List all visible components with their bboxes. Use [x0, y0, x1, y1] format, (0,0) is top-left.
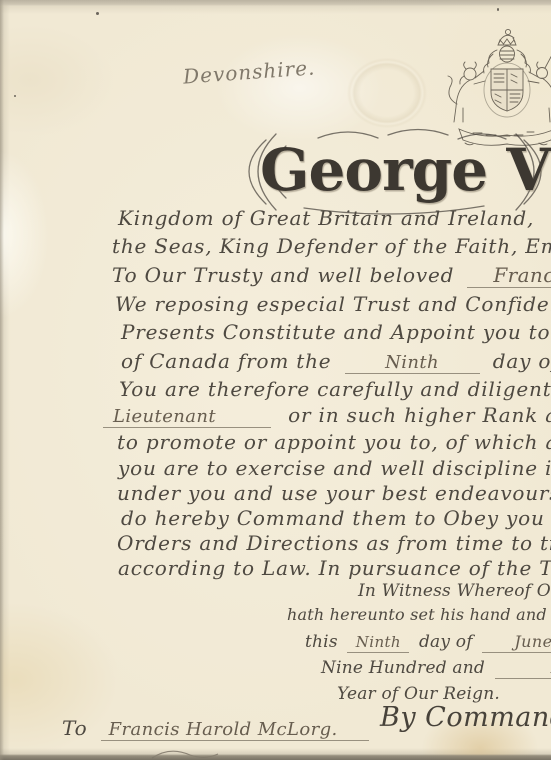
- fill-in-blank: Lieutenant: [103, 403, 271, 428]
- body-line-recipient: To Our Trusty and well beloved Francis H: [112, 263, 551, 288]
- fill-in-blank: Ninth: [345, 349, 480, 374]
- witness-line: hath hereunto set his hand and Seal: [287, 605, 551, 624]
- royal-title: George V: [260, 136, 550, 204]
- handwritten-day: Ninth: [356, 633, 401, 651]
- witness-line: In Witness Whereof Our: [358, 581, 551, 601]
- body-line: do hereby Command them to Obey you as th…: [121, 506, 551, 530]
- body-line: the Seas, King Defender of the Faith, Em…: [112, 234, 551, 258]
- body-line: You are therefore carefully and diligent…: [119, 377, 551, 401]
- body-line: under you and use your best endeavours t…: [117, 481, 551, 505]
- printed-text: of Canada from the: [121, 349, 331, 373]
- scan-edge-bottom: [0, 754, 551, 760]
- paper-speck: [14, 95, 16, 97]
- body-line: Kingdom of Great Britain and Ireland,: [118, 206, 534, 230]
- printed-text: this: [305, 632, 338, 652]
- body-line: We reposing especial Trust and Confidenc…: [115, 292, 551, 316]
- printed-text: or in such higher Rank as: [288, 403, 551, 427]
- scan-edge-left: [0, 0, 4, 760]
- body-line-rank: Lieutenant or in such higher Rank as: [103, 403, 551, 428]
- fill-in-blank: June: [482, 632, 551, 653]
- fill-in-blank: Ninth: [347, 632, 409, 653]
- fill-in-blank: Francis H: [467, 263, 551, 288]
- body-line: Orders and Directions as from time to ti…: [117, 531, 551, 555]
- body-line: to promote or appoint you to, of which a…: [117, 430, 551, 454]
- printed-text: Nine Hundred and: [321, 658, 485, 678]
- body-line: Presents Constitute and Appoint you to b…: [121, 320, 551, 344]
- by-command-line: By Command o: [380, 702, 551, 733]
- fill-in-blank: Francis Harold McLorg.: [101, 716, 369, 741]
- handwritten-month: June: [482, 632, 551, 651]
- body-line-date: of Canada from the Ninth day of Ja: [121, 349, 551, 374]
- fill-in-blank: E: [495, 658, 551, 679]
- body-line: according to Law. In pursuance of the Tr…: [118, 556, 551, 580]
- handwritten-rank: Lieutenant: [103, 406, 216, 427]
- body-line: you are to exercise and well discipline …: [118, 456, 551, 480]
- paper-speck: [96, 12, 99, 15]
- commission-document-scan: Devonshire.: [0, 0, 551, 760]
- paper-speck: [497, 8, 499, 11]
- pencil-annotation: Devonshire.: [182, 55, 316, 88]
- printed-text: day of: [419, 632, 473, 652]
- handwritten-year: E: [495, 658, 551, 677]
- printed-text: day of: [493, 349, 551, 373]
- scan-edge-top: [0, 0, 551, 6]
- signing-date-line: this Ninth day of June: [305, 632, 551, 653]
- handwritten-day: Ninth: [385, 352, 439, 373]
- handwritten-name: Francis H: [467, 263, 551, 287]
- printed-text: To: [62, 716, 87, 740]
- printed-text: To Our Trusty and well beloved: [112, 263, 454, 287]
- reign-line: Year of Our Reign.: [337, 684, 500, 704]
- addressee-line: To Francis Harold McLorg.: [62, 716, 369, 741]
- handwritten-recipient-name: Francis Harold McLorg.: [101, 719, 338, 740]
- year-line: Nine Hundred and E: [321, 658, 551, 679]
